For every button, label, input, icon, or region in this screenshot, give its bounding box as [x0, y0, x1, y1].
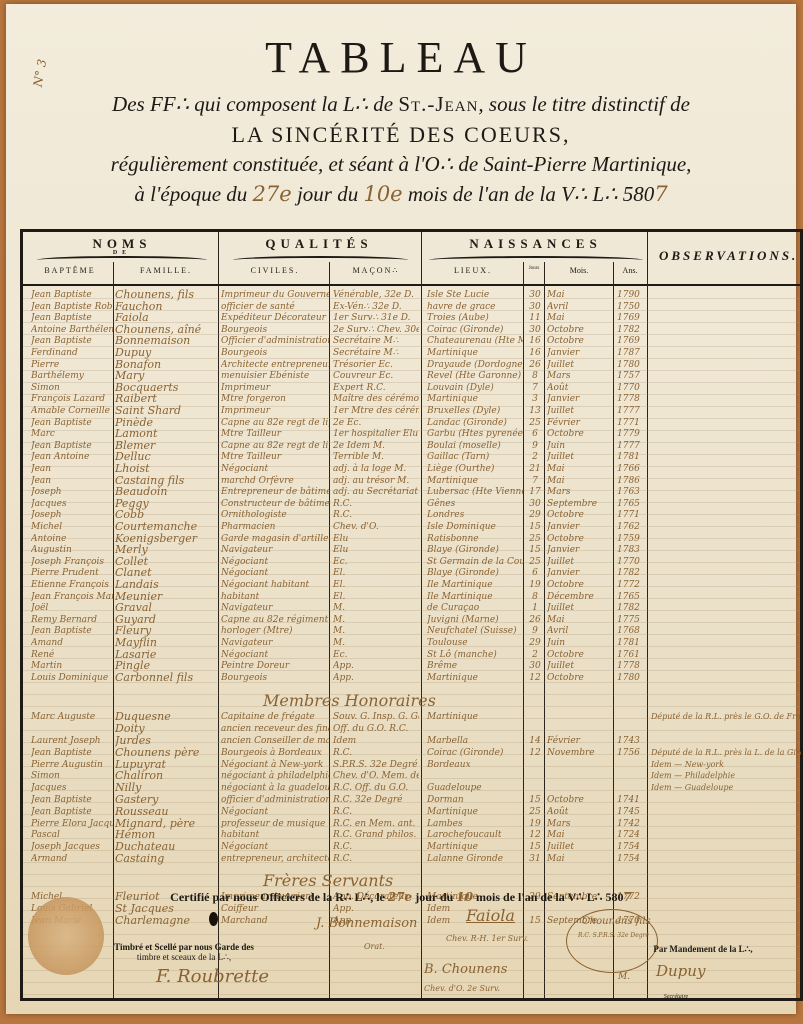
cell-lieux: Garbu (Htes pyrenées): [427, 428, 523, 440]
cell-jour: 16: [527, 347, 543, 359]
cell-lieux: havre de grace: [427, 301, 523, 313]
cell-an: 1778: [617, 393, 647, 405]
cell-bapteme: Barthélemy: [31, 370, 113, 382]
cell-jour: 9: [527, 440, 543, 452]
cell-civiles: Peintre Doreur: [221, 660, 329, 672]
signature-dupuy: Dupuy: [656, 962, 705, 980]
table-row: Jean François MarieMeunierhabitantEl.Ile…: [23, 591, 800, 603]
cell-mois: Juin: [547, 440, 611, 452]
cell-civiles: Ornithologiste: [221, 509, 329, 521]
cell-an: 1765: [617, 591, 647, 603]
cell-civiles: Architecte entrepreneur: [221, 359, 329, 371]
cell-lieux: St Germain de la Coudre: [427, 556, 523, 568]
cell-an: 1741: [617, 794, 647, 806]
cell-bapteme: Amand: [31, 637, 113, 649]
table-row: Jean BaptisteGasteryofficier d'administr…: [23, 794, 800, 806]
timbre-caption: Timbré et Scellé par nous Garde des timb…: [94, 942, 274, 963]
cell-jour: 26: [527, 359, 543, 371]
cell-jour: 9: [527, 625, 543, 637]
table-row: Louis DominiqueCarbonnel filsBourgeoisAp…: [23, 672, 800, 684]
cell-bapteme: Armand: [31, 853, 113, 865]
cell-bapteme: Ferdinand: [31, 347, 113, 359]
cell-an: 1724: [617, 829, 647, 841]
cell-mois: Juillet: [547, 660, 611, 672]
cell-jour: 25: [527, 533, 543, 545]
cell-famille: Collet: [115, 556, 217, 568]
cell-mois: Mai: [547, 614, 611, 626]
cell-bapteme: Jean: [31, 475, 113, 487]
group-naissances: NAISSANCES: [423, 236, 648, 252]
cell-famille: Guyard: [115, 614, 217, 626]
cell-bapteme: Jean Baptiste: [31, 806, 113, 818]
cell-jour: 15: [527, 915, 543, 927]
cell-civiles: Pharmacien: [221, 521, 329, 533]
cell-bapteme: Jean François Marie: [31, 591, 113, 603]
signature-roubrette: F. Roubrette: [156, 966, 269, 987]
cell-lieux: Neufchatel (Suisse): [427, 625, 523, 637]
cell-jour: 21: [527, 463, 543, 475]
cell-famille: Fleury: [115, 625, 217, 637]
table-row: MartinPinglePeintre DoreurApp.Brême30Jui…: [23, 660, 800, 672]
cell-an: 1782: [617, 324, 647, 336]
cell-bapteme: Jacques: [31, 782, 113, 794]
cell-mois: Octobre: [547, 428, 611, 440]
table-row: Etienne FrançoisLandaisNégociant habitan…: [23, 579, 800, 591]
cell-lieux: Lubersac (Hte Vienne): [427, 486, 523, 498]
cell-an: 1754: [617, 841, 647, 853]
cell-civiles: Constructeur de bâtiments: [221, 498, 329, 510]
table-row: Jean BaptisteChounens, filsImprimeur du …: [23, 289, 800, 301]
cell-mois: Mai: [547, 463, 611, 475]
table-row: MarcLamontMtre Tailleur1er hospitalier E…: [23, 428, 800, 440]
cell-mois: Octobre: [547, 794, 611, 806]
cell-bapteme: Michel: [31, 521, 113, 533]
table-row: RenéLasarieNégociantEc.St Lô (manche)2Oc…: [23, 649, 800, 661]
table-row: SimonBocquaertsImprimeurExpert R.C.Louva…: [23, 382, 800, 394]
cell-macon: R.C.: [333, 853, 419, 865]
cell-jour: 25: [527, 556, 543, 568]
table-row: Jean BaptisteFaiolaExpéditeur Décorateur…: [23, 312, 800, 324]
cell-lieux: Martinique: [427, 711, 523, 723]
table-row: Jean Baptiste RobertFauchonofficier de s…: [23, 301, 800, 313]
cell-jour: 29: [527, 509, 543, 521]
cell-macon: R.C. en Mem. ant.: [333, 818, 419, 830]
cell-civiles: Négociant: [221, 841, 329, 853]
cell-bapteme: Etienne François: [31, 579, 113, 591]
cell-civiles: Imprimeur: [221, 382, 329, 394]
cell-mois: Octobre: [547, 579, 611, 591]
cell-macon: 1er Mtre des cérémonies M.: [333, 405, 419, 417]
table-row: JacquesPeggyConstructeur de bâtimentsR.C…: [23, 498, 800, 510]
cell-lieux: Martinique: [427, 393, 523, 405]
cell-an: 1770: [617, 556, 647, 568]
cell-jour: 3: [527, 393, 543, 405]
cell-macon: 1er hospitalier Elu: [333, 428, 419, 440]
cell-famille: Merly: [115, 544, 217, 556]
cell-an: 1761: [617, 649, 647, 661]
cell-an: 1754: [617, 853, 647, 865]
subtitle-line-3: régulièrement constituée, et séant à l'O…: [6, 152, 796, 177]
cell-an: 1787: [617, 347, 647, 359]
cell-lieux: Ile Martinique: [427, 579, 523, 591]
cell-bapteme: Joseph: [31, 486, 113, 498]
cell-civiles: Mtre forgeron: [221, 393, 329, 405]
cell-bapteme: Amable Corneille: [31, 405, 113, 417]
table-row: AugustinMerlyNavigateurEluBlaye (Gironde…: [23, 544, 800, 556]
cell-bapteme: Joseph Jacques: [31, 841, 113, 853]
table-row: Jean BaptistePinèdeCapne au 82e regt de …: [23, 417, 800, 429]
cell-macon: Maître des cérémonies R.C.: [333, 393, 419, 405]
cell-famille: Blemer: [115, 440, 217, 452]
subtitle-line-1: Des FF∴ qui composent la L∴ de St.-Jean,…: [6, 92, 796, 117]
cell-civiles: Capne au 82e regt de ligne: [221, 440, 329, 452]
cell-obs: Député de la R.L. près la L. de la Giron…: [651, 747, 801, 759]
signature-dupuy-title: M.: [618, 972, 630, 982]
cell-famille: Peggy: [115, 498, 217, 510]
cell-jour: 14: [527, 735, 543, 747]
cell-mois: Mai: [547, 475, 611, 487]
cell-famille: Duquesne: [115, 711, 217, 723]
section-heading: Frères Servants: [263, 871, 393, 890]
table-row: BarthélemyMarymenuisier EbénisteCouvreur…: [23, 370, 800, 382]
cell-macon: M.: [333, 614, 419, 626]
cell-lieux: Blaye (Gironde): [427, 567, 523, 579]
cell-lieux: Boulai (moselle): [427, 440, 523, 452]
cell-jour: 2: [527, 451, 543, 463]
table-row: JoëlGravalNavigateurM.de Curaçao1Juillet…: [23, 602, 800, 614]
cell-famille: Bocquaerts: [115, 382, 217, 394]
cell-lieux: Bruxelles (Dyle): [427, 405, 523, 417]
table-row: Jean AntoineDellucMtre TailleurTerrible …: [23, 451, 800, 463]
cell-famille: Lhoist: [115, 463, 217, 475]
table-row: PascalHémonhabitantR.C. Grand philos.Lar…: [23, 829, 800, 841]
cell-famille: Nilly: [115, 782, 217, 794]
cell-mois: Juillet: [547, 359, 611, 371]
cell-jour: 29: [527, 637, 543, 649]
cell-an: 1766: [617, 463, 647, 475]
cell-civiles: négociant à philadelphie: [221, 770, 329, 782]
col-jours: Jours: [524, 266, 544, 271]
cell-mois: Juillet: [547, 841, 611, 853]
table-row: Pierre AugustinLupuyratNégociant à New-y…: [23, 759, 800, 771]
cell-jour: 15: [527, 794, 543, 806]
cell-macon: App.: [333, 672, 419, 684]
cell-civiles: Négociant: [221, 649, 329, 661]
cell-mois: Octobre: [547, 509, 611, 521]
cell-bapteme: Jean Baptiste: [31, 794, 113, 806]
cell-macon: 2e Ec.: [333, 417, 419, 429]
cell-mois: Mars: [547, 818, 611, 830]
cell-lieux: Isle Ste Lucie: [427, 289, 523, 301]
cell-macon: Secrétaire M∴: [333, 347, 419, 359]
cell-an: 1742: [617, 818, 647, 830]
cell-civiles: Capne au 82e régiment de ligne: [221, 614, 329, 626]
cell-famille: Doity: [115, 723, 217, 735]
cell-obs: Député de la R.L. près le G.O. de France: [651, 711, 801, 723]
cell-jour: 25: [527, 417, 543, 429]
cell-lieux: Bordeaux: [427, 759, 523, 771]
cell-mois: Mars: [547, 370, 611, 382]
cell-macon: R.C.: [333, 747, 419, 759]
cell-famille: Saint Shard: [115, 405, 217, 417]
cell-bapteme: François Lazard: [31, 393, 113, 405]
cell-bapteme: Remy Bernard: [31, 614, 113, 626]
cell-jour: 15: [527, 841, 543, 853]
cell-civiles: habitant: [221, 591, 329, 603]
cell-mois: Août: [547, 382, 611, 394]
date-day: 27e: [253, 182, 292, 206]
cell-macon: Chev. d'O. Mem. de la L.: [333, 770, 419, 782]
cell-famille: Chounens, fils: [115, 289, 217, 301]
signature-chounens-title: Chev. d'O. 2e Surv.: [424, 984, 500, 993]
table-row: Jean BaptisteFleuryhorloger (Mtre)M.Neuf…: [23, 625, 800, 637]
cell-lieux: Lalanne Gironde: [427, 853, 523, 865]
table-row: JacquesNillynégociant à la guadeloupeR.C…: [23, 782, 800, 794]
cell-an: 1771: [617, 417, 647, 429]
cell-mois: Janvier: [547, 567, 611, 579]
cell-famille: Chounens père: [115, 747, 217, 759]
cell-an: 1745: [617, 806, 647, 818]
cell-an: 1779: [617, 428, 647, 440]
cell-mois: Janvier: [547, 347, 611, 359]
cell-macon: Off. du G.O. R.C.: [333, 723, 419, 735]
cell-mois: Juin: [547, 637, 611, 649]
cell-famille: Bonnemaison: [115, 335, 217, 347]
cell-lieux: Drayaude (Dordogne): [427, 359, 523, 371]
cell-jour: 8: [527, 591, 543, 603]
cell-mois: Mars: [547, 486, 611, 498]
cell-civiles: horloger (Mtre): [221, 625, 329, 637]
cell-mois: Juillet: [547, 556, 611, 568]
cell-macon: El.: [333, 591, 419, 603]
cell-mois: Mai: [547, 312, 611, 324]
table-row: Remy BernardGuyardCapne au 82e régiment …: [23, 614, 800, 626]
table-row: Joseph FrançoisColletNégociantEc.St Germ…: [23, 556, 800, 568]
cell-mois: Août: [547, 806, 611, 818]
cell-jour: 30: [527, 324, 543, 336]
cell-macon: Ec.: [333, 649, 419, 661]
cell-macon: adj. à la loge M.: [333, 463, 419, 475]
cell-lieux: Troies (Aube): [427, 312, 523, 324]
cell-an: 1759: [617, 533, 647, 545]
cell-bapteme: Jean Baptiste: [31, 335, 113, 347]
cell-an: 1769: [617, 335, 647, 347]
cell-an: 1780: [617, 672, 647, 684]
cell-macon: Ec.: [333, 556, 419, 568]
cell-macon: El.: [333, 567, 419, 579]
cell-jour: 17: [527, 486, 543, 498]
cell-lieux: Blaye (Gironde): [427, 544, 523, 556]
cell-bapteme: Pierre Augustin: [31, 759, 113, 771]
cell-bapteme: Marc: [31, 428, 113, 440]
table-row: Laurent JosephJurdesancien Conseiller de…: [23, 735, 800, 747]
cell-mois: Septembre: [547, 498, 611, 510]
cell-civiles: Capitaine de frégate: [221, 711, 329, 723]
cell-jour: 15: [527, 544, 543, 556]
cell-civiles: Navigateur: [221, 637, 329, 649]
cell-bapteme: Pierre Prudent: [31, 567, 113, 579]
cert-month: 10: [456, 890, 473, 904]
cell-jour: 19: [527, 818, 543, 830]
cell-an: 1782: [617, 567, 647, 579]
cell-bapteme: Joseph François: [31, 556, 113, 568]
cell-civiles: Négociant: [221, 556, 329, 568]
cell-civiles: officier d'administration: [221, 794, 329, 806]
document-title: TABLEAU: [6, 32, 796, 83]
col-bapteme: BAPTÊME: [27, 266, 113, 275]
cell-civiles: marchd Orfèvre: [221, 475, 329, 487]
table-row: Jean BaptisteBlemerCapne au 82e regt de …: [23, 440, 800, 452]
cell-macon: M.: [333, 625, 419, 637]
certification-line: Certifié par nous Officiers de la R∴ L∴,…: [6, 890, 796, 905]
cell-famille: Mignard, père: [115, 818, 217, 830]
cell-civiles: habitant: [221, 829, 329, 841]
cell-mois: Octobre: [547, 672, 611, 684]
cell-bapteme: Pierre: [31, 359, 113, 371]
cell-bapteme: Pierre Elora Jacques: [31, 818, 113, 830]
cell-an: 1782: [617, 602, 647, 614]
cell-jour: 30: [527, 289, 543, 301]
cell-famille: Clanet: [115, 567, 217, 579]
cell-macon: Idem: [333, 735, 419, 747]
cell-lieux: Martinique: [427, 672, 523, 684]
cell-lieux: Ile Martinique: [427, 591, 523, 603]
cell-macon: Trésorier Ec.: [333, 359, 419, 371]
cell-famille: Chounens, aîné: [115, 324, 217, 336]
cell-famille: Dupuy: [115, 347, 217, 359]
signature-chounens: B. Chounens: [424, 962, 507, 977]
col-mois: Mois.: [545, 266, 613, 275]
table-row: AmandMayflinNavigateurM.Toulouse29Juin17…: [23, 637, 800, 649]
cell-an: 1768: [617, 625, 647, 637]
signature-bonnemaison-title: Orat.: [364, 942, 385, 951]
cell-jour: 30: [527, 498, 543, 510]
cell-lieux: Juvigni (Marne): [427, 614, 523, 626]
cell-jour: 25: [527, 806, 543, 818]
cell-famille: Mary: [115, 370, 217, 382]
signature-chounens-fils: Chounens fils: [582, 916, 651, 927]
cell-lieux: Brême: [427, 660, 523, 672]
cell-bapteme: Jean Baptiste: [31, 417, 113, 429]
group-observations: OBSERVATIONS.: [659, 248, 798, 264]
signature-faiola-title: Chev. R-H. 1er Surv.: [446, 934, 528, 943]
cell-an: 1769: [617, 312, 647, 324]
cell-an: 1783: [617, 544, 647, 556]
cell-macon: Secrétaire M∴: [333, 335, 419, 347]
cell-macon: 1er Surv∴ 31e D.: [333, 312, 419, 324]
cell-mois: Avril: [547, 625, 611, 637]
cell-famille: Castaing fils: [115, 475, 217, 487]
cell-macon: 2e Idem M.: [333, 440, 419, 452]
table-row: Joseph JacquesDuchateauNégociantR.C.Mart…: [23, 841, 800, 853]
cell-jour: 12: [527, 672, 543, 684]
date-month: 10e: [363, 182, 402, 206]
cell-civiles: ancien Conseiller de marine: [221, 735, 329, 747]
cell-macon: R.C. Grand philos.: [333, 829, 419, 841]
members-table: NOMS DE QUALITÉS NAISSANCES OBSERVATIONS…: [20, 229, 803, 1001]
cell-jour: 2: [527, 649, 543, 661]
cell-lieux: Martinique: [427, 347, 523, 359]
cell-famille: Castaing: [115, 853, 217, 865]
col-famille: FAMILLE.: [115, 266, 217, 275]
cell-macon: M.: [333, 637, 419, 649]
cell-mois: Octobre: [547, 335, 611, 347]
wax-seal-icon: [28, 897, 104, 975]
cell-mois: Janvier: [547, 521, 611, 533]
cell-macon: Elu: [333, 544, 419, 556]
cell-jour: 8: [527, 370, 543, 382]
cell-obs: Idem — Philadelphie: [651, 770, 801, 782]
cell-mois: Janvier: [547, 393, 611, 405]
cell-civiles: Bourgeois: [221, 324, 329, 336]
cell-jour: 26: [527, 614, 543, 626]
cell-lieux: Dorman: [427, 794, 523, 806]
group-qualites: QUALITÉS: [219, 236, 419, 252]
secretaire-caption: Secrétaire: [646, 994, 706, 1000]
cell-civiles: Navigateur: [221, 602, 329, 614]
cell-jour: 15: [527, 521, 543, 533]
cell-famille: Carbonnel fils: [115, 672, 217, 684]
cell-civiles: Négociant: [221, 806, 329, 818]
cell-macon: R.C.: [333, 841, 419, 853]
table-row: Jean BaptisteChounens pèreBourgeois à Bo…: [23, 747, 800, 759]
signature-faiola: Faiola: [466, 906, 515, 925]
cell-mois: Novembre: [547, 747, 611, 759]
cell-famille: Pinède: [115, 417, 217, 429]
cell-jour: 6: [527, 567, 543, 579]
table-header: NOMS DE QUALITÉS NAISSANCES OBSERVATIONS…: [23, 232, 800, 286]
cell-famille: Rousseau: [115, 806, 217, 818]
cell-civiles: Bourgeois: [221, 672, 329, 684]
cell-mois: Février: [547, 417, 611, 429]
cell-mois: Octobre: [547, 533, 611, 545]
cell-macon: Expert R.C.: [333, 382, 419, 394]
cell-mois: Mai: [547, 289, 611, 301]
cell-civiles: Garde magasin d'artillerie: [221, 533, 329, 545]
table-row: Antoine BarthélemyChounens, aînéBourgeoi…: [23, 324, 800, 336]
cell-macon: Ex-Vén∴ 32e D.: [333, 301, 419, 313]
cell-civiles: officier de santé: [221, 301, 329, 313]
cell-bapteme: Jean Baptiste: [31, 289, 113, 301]
cell-lieux: Lambes: [427, 818, 523, 830]
cell-famille: Courtemanche: [115, 521, 217, 533]
cell-famille: Bonafon: [115, 359, 217, 371]
cell-jour: 13: [527, 405, 543, 417]
cell-jour: 1: [527, 602, 543, 614]
cell-an: 1777: [617, 440, 647, 452]
cell-mois: Février: [547, 735, 611, 747]
cell-macon: Terrible M.: [333, 451, 419, 463]
cell-civiles: Bourgeois: [221, 347, 329, 359]
cell-civiles: Négociant: [221, 567, 329, 579]
col-civiles: CIVILES.: [221, 266, 329, 275]
cell-famille: Jurdes: [115, 735, 217, 747]
cell-bapteme: Joseph: [31, 509, 113, 521]
cell-obs: Idem — New-york: [651, 759, 801, 771]
cell-an: 1777: [617, 405, 647, 417]
brace: [429, 256, 643, 264]
cell-civiles: professeur de musique: [221, 818, 329, 830]
lodge-name: St.-Jean: [398, 92, 478, 116]
cell-famille: Lasarie: [115, 649, 217, 661]
table-row: JeanLhoistNégociantadj. à la loge M.Lièg…: [23, 463, 800, 475]
cell-civiles: entrepreneur, architecte: [221, 853, 329, 865]
cell-macon: 2e Surv∴ Chev. 30e: [333, 324, 419, 336]
cell-jour: 7: [527, 382, 543, 394]
ink-blot: [209, 912, 218, 926]
cell-civiles: Navigateur: [221, 544, 329, 556]
cell-civiles: Capne au 82e regt de ligne: [221, 417, 329, 429]
